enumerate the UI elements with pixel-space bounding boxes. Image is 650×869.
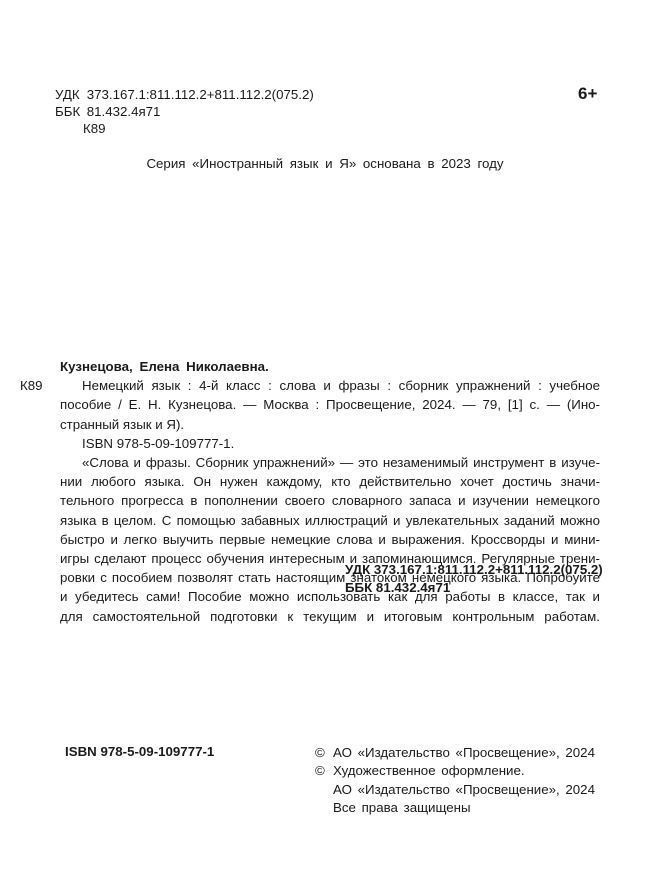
bbk-value: 81.432.4я71 bbox=[87, 104, 161, 119]
annotation-line: для самостоятельной подготовки к текущим… bbox=[60, 607, 600, 626]
classification-block: УДК 373.167.1:811.112.2+811.112.2(075.2)… bbox=[55, 86, 314, 137]
catalog-author-mark: К89 bbox=[20, 376, 43, 395]
copyright-icon: © bbox=[315, 744, 333, 762]
rights-reserved: Все права защищены bbox=[333, 799, 471, 817]
udk-line: УДК 373.167.1:811.112.2+811.112.2(075.2) bbox=[55, 86, 314, 103]
biblio-line: странный язык и Я). bbox=[60, 415, 600, 434]
bbk-line: ББК 81.432.4я71 bbox=[55, 103, 314, 120]
annotation-line: быстро и легко выучить первые немецкие с… bbox=[60, 530, 600, 549]
annotation-line: тельного прогресса в пополнении своего с… bbox=[60, 491, 600, 510]
series-note: Серия «Иностранный язык и Я» основана в … bbox=[0, 156, 650, 171]
footer-isbn: ISBN 978-5-09-109777-1 bbox=[65, 744, 214, 759]
copyright-line: Художественное оформление. bbox=[333, 762, 525, 780]
author-mark: К89 bbox=[55, 120, 314, 137]
bbk-label: ББК bbox=[55, 103, 83, 120]
catalog-classification: УДК 373.167.1:811.112.2+811.112.2(075.2)… bbox=[345, 561, 603, 597]
catalog-isbn: ISBN 978-5-09-109777-1. bbox=[60, 434, 600, 453]
copyright-line: АО «Издательство «Просвещение», 2024 bbox=[333, 781, 595, 799]
biblio-line: пособие / Е. Н. Кузнецова. — Москва : Пр… bbox=[60, 395, 600, 414]
copyright-block: ©АО «Издательство «Просвещение», 2024 ©Х… bbox=[315, 744, 595, 818]
age-rating: 6+ bbox=[578, 84, 597, 104]
annotation-line: «Слова и фразы. Сборник упражнений» — эт… bbox=[60, 453, 600, 472]
catalog-udk: УДК 373.167.1:811.112.2+811.112.2(075.2) bbox=[345, 561, 603, 579]
catalog-author: Кузнецова, Елена Николаевна. bbox=[60, 357, 600, 376]
annotation-line: языка в целом. С помощью забавных иллюст… bbox=[60, 511, 600, 530]
copyright-icon: © bbox=[315, 762, 333, 780]
copyright-line: АО «Издательство «Просвещение», 2024 bbox=[333, 744, 595, 762]
biblio-line: Немецкий язык : 4-й класс : слова и фраз… bbox=[60, 376, 600, 395]
udk-value: 373.167.1:811.112.2+811.112.2(075.2) bbox=[87, 87, 314, 102]
udk-label: УДК bbox=[55, 86, 83, 103]
annotation-line: нии любого языка. Он нужен каждому, кто … bbox=[60, 472, 600, 491]
catalog-bbk: ББК 81.432.4я71 bbox=[345, 579, 603, 597]
